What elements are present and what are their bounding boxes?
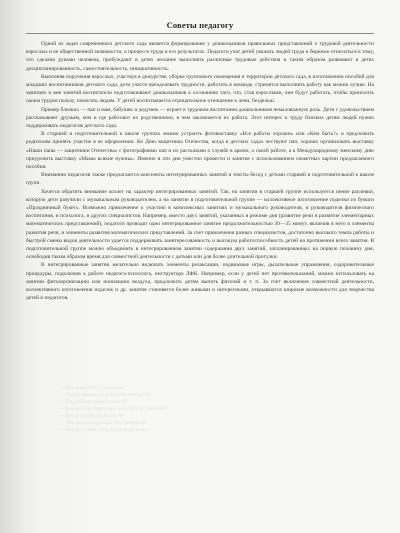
bleed-through-text: — Кто из вас был на экскурсии? — Что вы …: [40, 385, 370, 434]
ghost-line: — Где работают ваши родители?: [60, 399, 370, 406]
paragraph: Пример близких — пап и мам, бабушек и де…: [26, 106, 374, 131]
paragraph: В интегрированные занятия желательно вкл…: [26, 261, 374, 302]
ghost-line: — Что вы видели, когда были на экскурсии…: [60, 392, 370, 399]
paragraph: Одной из задач современного детского сад…: [26, 40, 374, 73]
ghost-line: — Какие профессии вы знаете?: [60, 413, 370, 420]
paragraph: В старшей и подготовительной к школе гру…: [26, 130, 374, 171]
page-gutter-shadow: [0, 0, 26, 533]
ghost-line: — Чем занимаются люди этих профессий?: [60, 420, 370, 427]
ghost-line: — Кем ты хочешь стать, когда вырастешь?: [60, 427, 370, 434]
title-divider: [26, 33, 374, 34]
ghost-line: — Кто из вас был на экскурсии?: [60, 385, 370, 392]
document-page: Советы педагогу Одной из задач современн…: [0, 0, 400, 533]
paragraph: Вниманию педагогов также предлагаются ко…: [26, 171, 374, 187]
paragraph: Выполняя поручения взрослых, участвуя в …: [26, 73, 374, 106]
ghost-line: — Кем работает твоя мама? Кем работает т…: [60, 406, 370, 413]
page-title: Советы педагогу: [0, 20, 400, 30]
article-body: Одной из задач современного детского сад…: [26, 40, 374, 303]
paragraph: Хочется обратить внимание коллег на хара…: [26, 188, 374, 262]
